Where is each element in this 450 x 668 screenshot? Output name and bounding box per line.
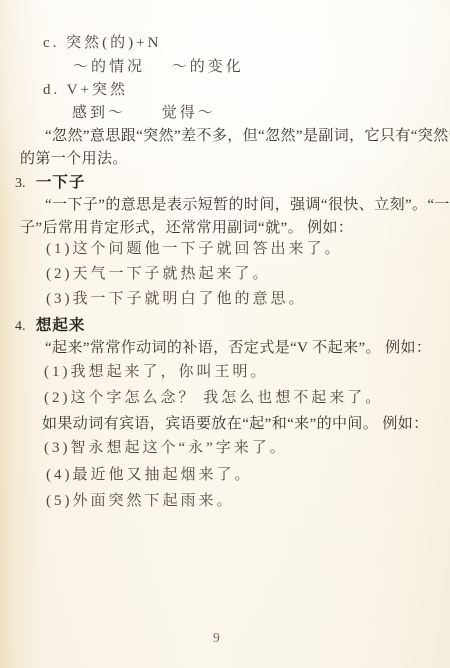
example-sentence: (2)天气一下子就热起来了。 <box>46 262 271 283</box>
object-rule-note: 如果动词有宾语，宾语要放在“起”和“来”的中间。 例如： <box>42 412 429 433</box>
section-3-number: 3. <box>15 176 26 191</box>
textbook-page: c. 突然(的)+N ～的情况 ～的变化 d. V+突然 感到～ 觉得～ “忽然… <box>0 0 450 668</box>
collocation-line-d: 感到～ 觉得～ <box>72 101 216 122</box>
section-4-heading: 4. 想起来 <box>15 313 85 335</box>
collocation-item: 觉得～ <box>162 105 216 121</box>
section-3-heading: 3. 一下子 <box>15 170 85 192</box>
huran-note-line2: 的第一个用法。 <box>20 147 128 168</box>
section-3-title: 一下子 <box>36 174 86 191</box>
page-number: 9 <box>213 630 220 646</box>
example-sentence: (4)最近他又抽起烟来了。 <box>46 463 253 484</box>
section-4-number: 4. <box>15 319 26 334</box>
section-4-explanation: “起来”常常作动词的补语，否定式是“V 不起来”。 例如： <box>45 336 431 357</box>
example-sentence: (5)外面突然下起雨来。 <box>46 489 235 510</box>
example-sentence: (3)智永想起这个“永”字来了。 <box>44 436 288 457</box>
collocation-line-c: ～的情况 ～的变化 <box>73 55 244 76</box>
pattern-marker-c: c. <box>43 35 59 51</box>
collocation-item: 感到～ <box>72 105 126 121</box>
example-sentence: (1)这个问题他一下子就回答出来了。 <box>46 237 343 258</box>
section-4-title: 想起来 <box>36 317 86 334</box>
huran-note-line1: “忽然”意思跟“突然”差不多，但“忽然”是副词，它只有“突然” <box>45 124 450 145</box>
pattern-line-c: c. 突然(的)+N <box>43 31 161 52</box>
section-3-explanation-line1: “一下子”的意思是表示短暂的时间，强调“很快、立刻”。“一下 <box>45 193 450 214</box>
section-3-explanation-line2: 子”后常用肯定形式，还常常用副词“就”。 例如： <box>20 216 353 237</box>
pattern-text-c: 突然(的)+N <box>66 35 161 51</box>
pattern-marker-d: d. <box>43 82 60 98</box>
example-sentence: (2)这个字怎么念？ 我怎么也想不起来了。 <box>44 386 383 407</box>
pattern-line-d: d. V+突然 <box>43 78 128 99</box>
pattern-text-d: V+突然 <box>67 82 128 98</box>
collocation-item: ～的情况 <box>73 59 145 75</box>
collocation-item: ～的变化 <box>172 59 244 75</box>
example-sentence: (1)我想起来了，你叫王明。 <box>44 360 269 381</box>
example-sentence: (3)我一下子就明白了他的意思。 <box>46 287 307 308</box>
